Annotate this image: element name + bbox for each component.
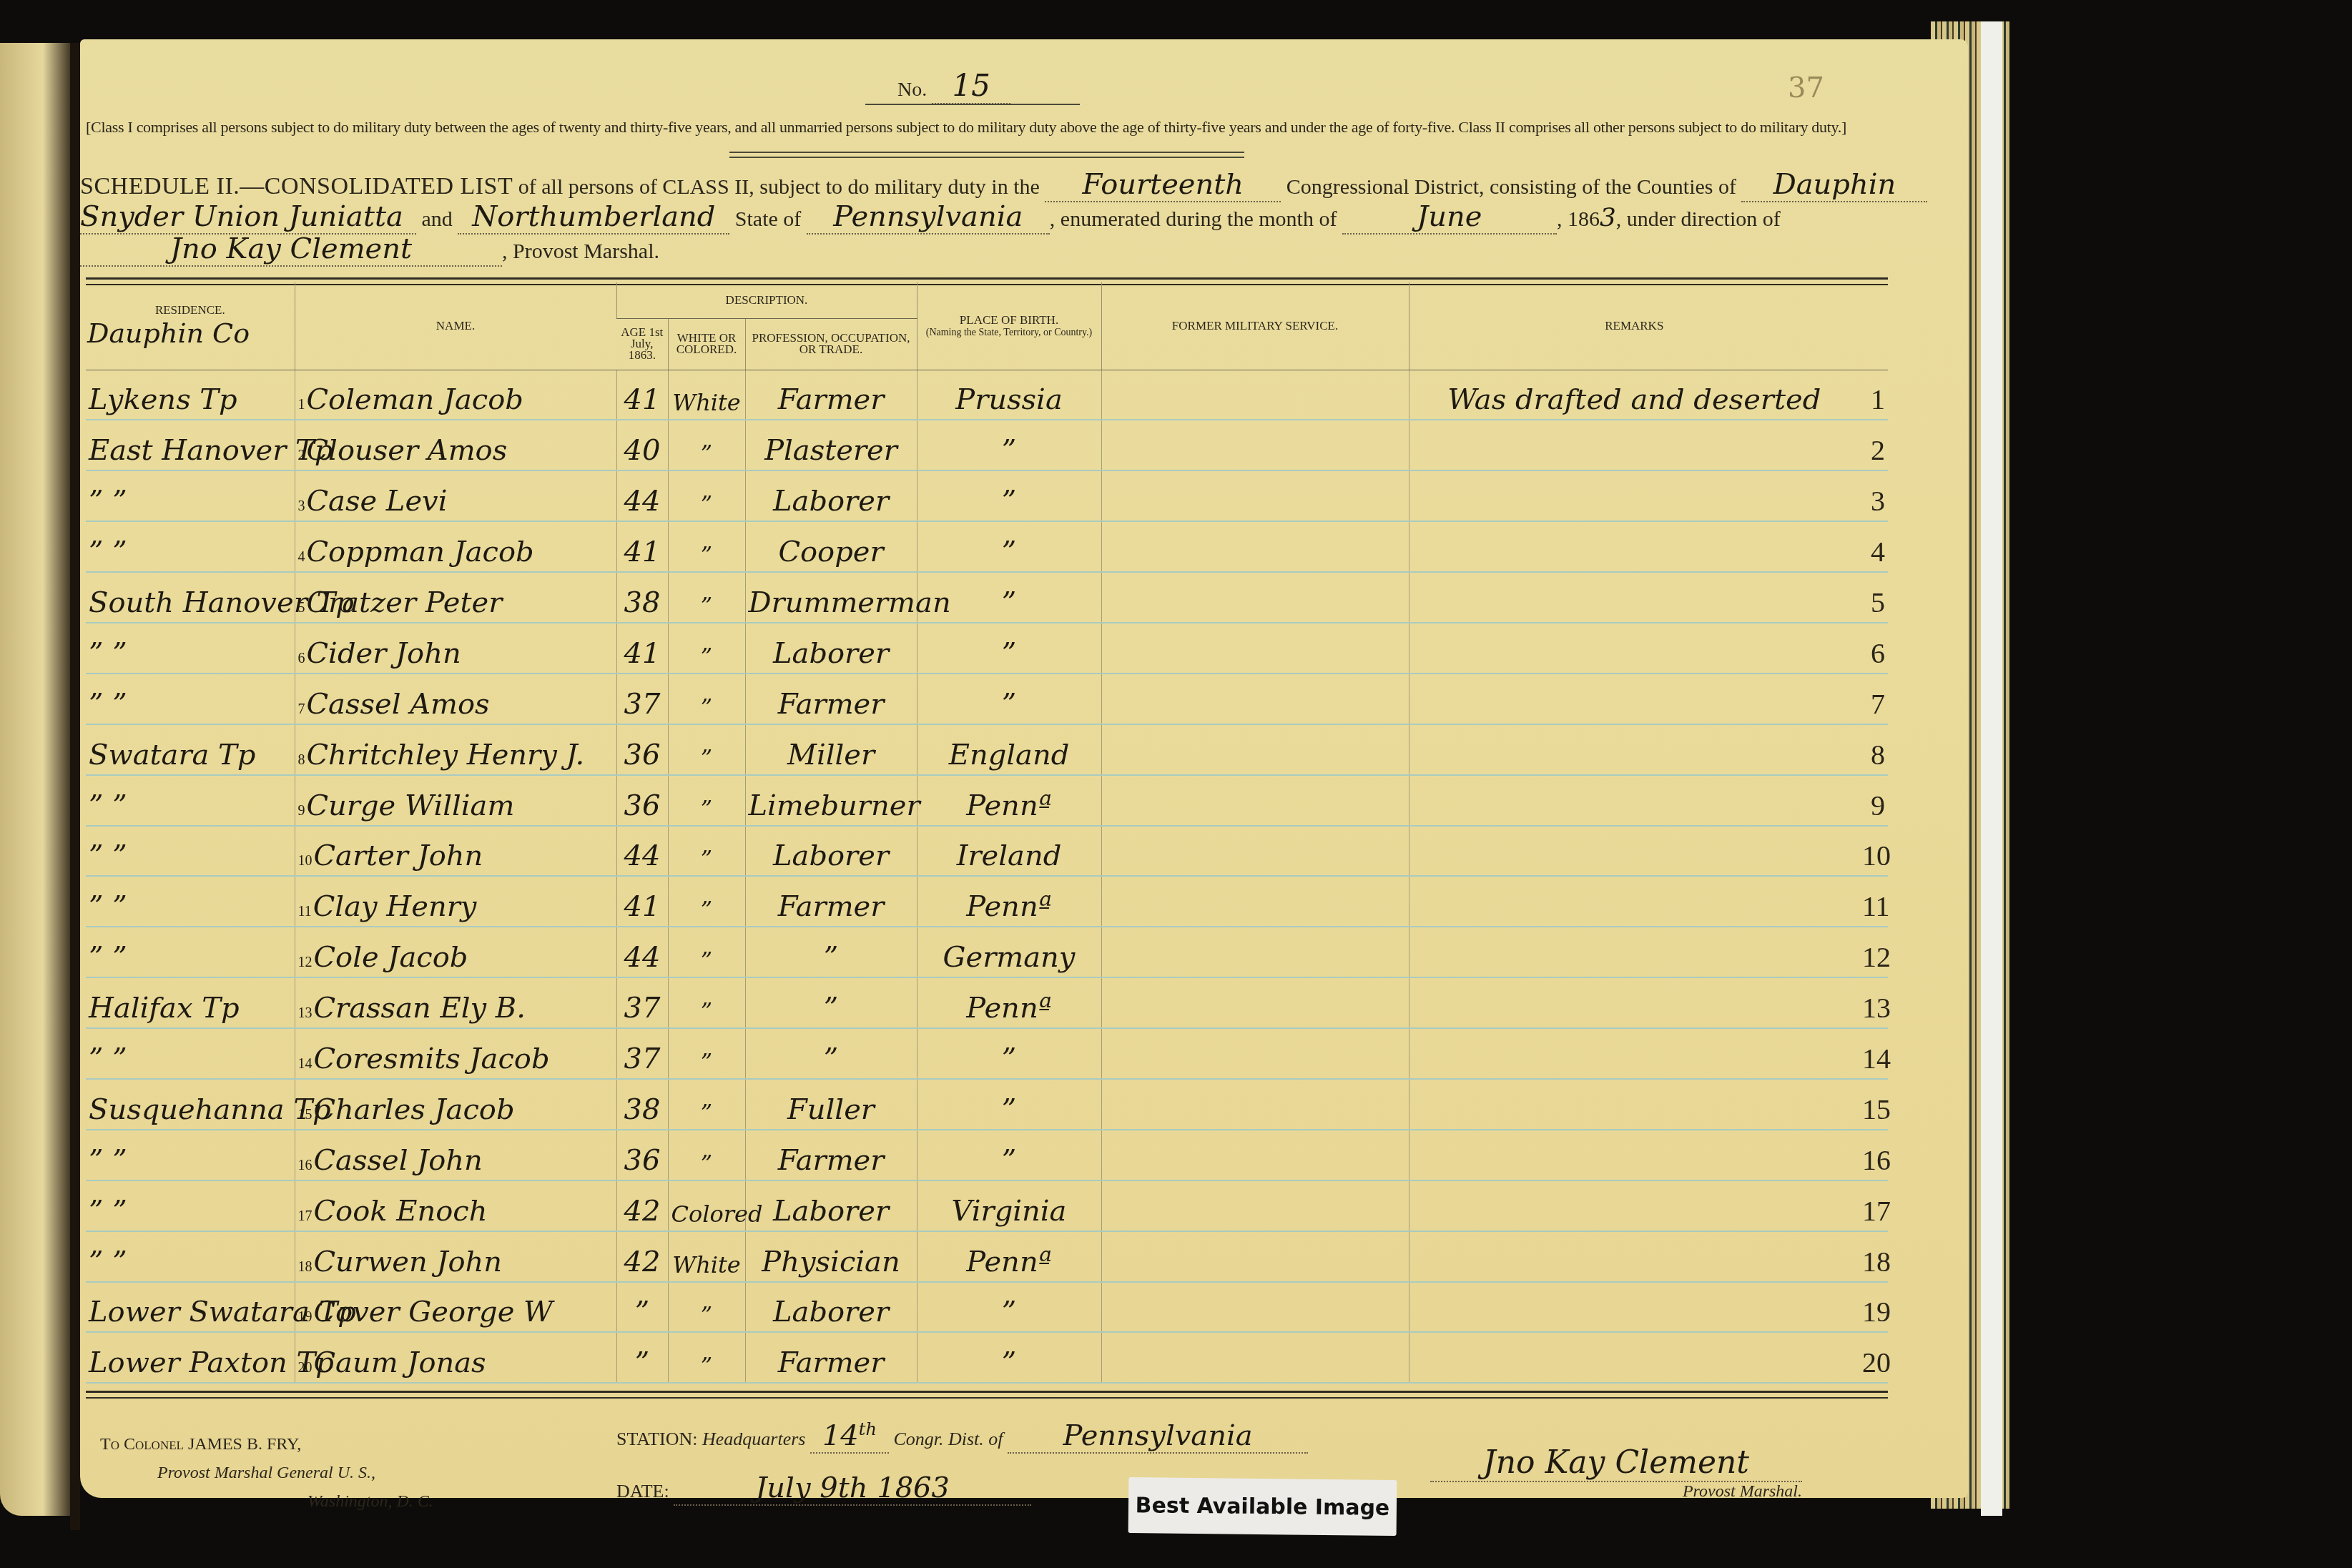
cell-residence: ” ” [86,1028,295,1079]
person-name: Charles Jacob [314,1093,515,1126]
cell-residence: ” ” [86,826,295,877]
cell-age: ” [616,1332,668,1383]
col-age: AGE 1st July, 1863. [616,318,668,370]
cell-residence: ” ” [86,1130,295,1180]
cell-trade: Laborer [745,1282,917,1333]
cell-name: 4Coppman Jacob [295,521,616,572]
person-name: Curwen John [314,1246,503,1278]
cell-military [1101,370,1409,420]
addressee-block: To Colonel JAMES B. FRY, Provost Marshal… [100,1430,433,1516]
cell-line-number: 15 [1859,1079,1888,1130]
addressee-place: Washington, D. C. [100,1487,433,1516]
cell-age: 38 [616,572,668,623]
cell-residence: Susquehanna Tp [86,1079,295,1130]
ledger-table: RESIDENCE. Dauphin Co NAME. DESCRIPTION.… [86,282,1888,1384]
cell-color: ” [668,1332,745,1383]
residence-county: Dauphin Co [87,317,293,349]
cell-age: 42 [616,1231,668,1282]
row-index: 12 [298,955,313,970]
cell-name: 5Cratzer Peter [295,572,616,623]
state-label: State of [735,207,801,231]
cell-name: 14Coresmits Jacob [295,1028,616,1079]
cell-line-number: 9 [1859,775,1888,826]
table-row: Lower Paxton Tp 20Caum Jonas ” ” Farmer … [86,1332,1888,1383]
cell-age: 40 [616,420,668,470]
cell-trade: Drummerman [745,572,917,623]
station-number: 14th [810,1419,889,1454]
cell-color: ” [668,572,745,623]
cell-line-number: 11 [1859,876,1888,927]
cell-birthplace: ” [917,1130,1101,1180]
cell-birthplace: ” [917,1282,1101,1333]
cell-trade: Cooper [745,521,917,572]
person-name: Coppman Jacob [307,536,534,568]
cell-remarks [1409,977,1859,1028]
counties-continued: Snyder Union Juniatta [80,200,416,235]
cell-color: White [668,1231,745,1282]
cell-remarks [1409,521,1859,572]
county-last: Northumberland [458,200,729,235]
cell-name: 6Cider John [295,623,616,674]
cell-remarks [1409,1079,1859,1130]
col-white-colored: WHITE OR COLORED. [668,318,745,370]
cell-military [1101,1332,1409,1383]
cell-military [1101,470,1409,521]
cell-birthplace: ” [917,420,1101,470]
cell-remarks: Was drafted and deserted [1409,370,1859,420]
row-index: 15 [298,1107,313,1123]
cell-residence: ” ” [86,775,295,826]
cell-birthplace: Pennª [917,775,1101,826]
person-name: Clouser Amos [307,434,508,467]
cell-name: 12Cole Jacob [295,927,616,977]
cell-residence: ” ” [86,1180,295,1231]
cell-age: 42 [616,1180,668,1231]
year-digit: 3 [1600,203,1616,232]
row-index: 9 [298,803,305,819]
cell-line-number: 1 [1859,370,1888,420]
row-index: 14 [298,1056,313,1072]
cell-color: ” [668,775,745,826]
table-row: ” ” 16Cassel John 36 ” Farmer ” 16 [86,1130,1888,1180]
cell-color: ” [668,876,745,927]
cell-age: 37 [616,977,668,1028]
station-number-value: 14 [822,1419,859,1452]
cell-military [1101,1130,1409,1180]
cell-name: 2Clouser Amos [295,420,616,470]
cell-age: 44 [616,927,668,977]
addressee-title: Provost Marshal General U. S., [100,1459,433,1487]
cell-trade: Farmer [745,1130,917,1180]
cell-name: 9Curge William [295,775,616,826]
cell-remarks [1409,876,1859,927]
person-name: Curge William [307,789,515,822]
col-description: DESCRIPTION. [616,282,917,318]
station-state: Pennsylvania [1008,1419,1308,1454]
direction-label: , under direction of [1616,207,1781,231]
person-name: Cassel Amos [307,688,490,721]
cell-birthplace: ” [917,1079,1101,1130]
person-name: Cover George W [314,1296,553,1328]
row-index: 16 [298,1158,313,1173]
cell-remarks [1409,826,1859,877]
cell-remarks [1409,1282,1859,1333]
cell-color: ” [668,1282,745,1333]
cell-age: 37 [616,1028,668,1079]
cell-age: 41 [616,876,668,927]
cell-trade: Farmer [745,370,917,420]
cell-military [1101,1180,1409,1231]
marshal-title: , Provost Marshal. [502,240,659,263]
cell-age: 36 [616,1130,668,1180]
col-birthplace-label: PLACE OF BIRTH. [919,313,1100,327]
cell-residence: Lykens Tp [86,370,295,420]
cell-residence: ” ” [86,470,295,521]
table-row: ” ” 7Cassel Amos 37 ” Farmer ” 7 [86,674,1888,724]
cell-name: 1Coleman Jacob [295,370,616,420]
col-birthplace-sub: (Naming the State, Territory, or Country… [919,327,1100,339]
cell-residence: ” ” [86,521,295,572]
cell-trade: Farmer [745,876,917,927]
signature-block: Jno Kay Clement Provost Marshal. [1430,1444,1802,1502]
table-row: Lykens Tp 1Coleman Jacob 41 White Farmer… [86,370,1888,420]
person-name: Crassan Ely B. [314,992,526,1025]
col-profession: PROFESSION, OCCUPATION, OR TRADE. [745,318,917,370]
cell-residence: South Hanover Tp [86,572,295,623]
district-ordinal: Fourteenth [1045,168,1281,202]
cell-remarks [1409,623,1859,674]
best-available-image-stamp: Best Available Image [1128,1477,1397,1536]
cell-name: 10Carter John [295,826,616,877]
station-number-suffix: th [859,1419,877,1439]
cell-trade: Limeburner [745,775,917,826]
cell-birthplace: ” [917,1332,1101,1383]
col-residence: RESIDENCE. Dauphin Co [86,282,295,370]
row-index: 20 [298,1360,313,1376]
cell-line-number: 14 [1859,1028,1888,1079]
cell-residence: Lower Paxton Tp [86,1332,295,1383]
date-label: DATE: [616,1481,669,1502]
cell-residence: Lower Swatara Tp [86,1282,295,1333]
cell-military [1101,826,1409,877]
cell-military [1101,977,1409,1028]
cell-age: 44 [616,826,668,877]
cell-name: 15Charles Jacob [295,1079,616,1130]
cell-name: 19Cover George W [295,1282,616,1333]
page-edge-highlight [1981,21,2002,1516]
cell-age: 41 [616,521,668,572]
cell-birthplace: Germany [917,927,1101,977]
cell-line-number: 4 [1859,521,1888,572]
cell-birthplace: Pennª [917,876,1101,927]
counties-line: Snyder Union Juniatta and Northumberland… [80,200,1781,235]
cell-trade: Laborer [745,623,917,674]
cell-military [1101,876,1409,927]
cell-birthplace: ” [917,470,1101,521]
month-value: June [1342,200,1557,235]
row-index: 10 [298,853,313,869]
cell-age: 38 [616,1079,668,1130]
footer-double-rule [86,1391,1888,1399]
cell-residence: East Hanover Tp [86,420,295,470]
cell-remarks [1409,674,1859,724]
table-row: Lower Swatara Tp 19Cover George W ” ” La… [86,1282,1888,1333]
cell-military [1101,521,1409,572]
number-value: 15 [932,68,1010,104]
col-line-number [1859,282,1888,370]
row-index: 4 [298,549,305,565]
cell-remarks [1409,1231,1859,1282]
station-district-label: Congr. Dist. of [893,1429,1003,1449]
table-row: ” ” 3Case Levi 44 ” Laborer ” 3 [86,470,1888,521]
table-row: ” ” 9Curge William 36 ” Limeburner Pennª… [86,775,1888,826]
cell-name: 17Cook Enoch [295,1180,616,1231]
table-row: ” ” 4Coppman Jacob 41 ” Cooper ” 4 [86,521,1888,572]
table-row: ” ” 12Cole Jacob 44 ” ” Germany 12 [86,927,1888,977]
table-row: Halifax Tp 13Crassan Ely B. 37 ” ” Pennª… [86,977,1888,1028]
cell-name: 20Caum Jonas [295,1332,616,1383]
cell-military [1101,724,1409,775]
cell-color: Colored [668,1180,745,1231]
col-remarks: REMARKS [1409,282,1859,370]
class-definition-note: [Class I comprises all persons subject t… [86,118,1846,137]
cell-name: 13Crassan Ely B. [295,977,616,1028]
person-name: Cratzer Peter [307,586,503,619]
cell-trade: Fuller [745,1079,917,1130]
county-first: Dauphin [1741,168,1927,202]
person-name: Coleman Jacob [307,383,523,416]
cell-trade: Laborer [745,1180,917,1231]
col-birthplace: PLACE OF BIRTH. (Naming the State, Terri… [917,282,1101,370]
cell-remarks [1409,1028,1859,1079]
schedule-number: No. 15 [897,68,1010,104]
ledger-body: Lykens Tp 1Coleman Jacob 41 White Farmer… [86,370,1888,1383]
cell-color: ” [668,674,745,724]
table-row: ” ” 6Cider John 41 ” Laborer ” 6 [86,623,1888,674]
cell-age: 44 [616,470,668,521]
cell-military [1101,572,1409,623]
person-name: Case Levi [307,485,448,518]
cell-birthplace: ” [917,674,1101,724]
cell-residence: ” ” [86,1231,295,1282]
cell-birthplace: ” [917,623,1101,674]
cell-line-number: 19 [1859,1282,1888,1333]
cell-line-number: 12 [1859,927,1888,977]
and-label: and [422,207,453,231]
cell-remarks [1409,927,1859,977]
state-value: Pennsylvania [807,200,1050,235]
cell-color: ” [668,977,745,1028]
person-name: Clay Henry [313,890,477,923]
person-name: Cole Jacob [314,941,468,974]
cell-age: ” [616,1282,668,1333]
cell-line-number: 8 [1859,724,1888,775]
cell-line-number: 18 [1859,1231,1888,1282]
cell-name: 3Case Levi [295,470,616,521]
person-name: Cider John [307,637,461,670]
cell-age: 41 [616,623,668,674]
cell-remarks [1409,420,1859,470]
cell-line-number: 13 [1859,977,1888,1028]
row-index: 7 [298,701,305,717]
marshal-line: Jno Kay Clement, Provost Marshal. [80,232,659,267]
left-page-edge [0,43,72,1516]
cell-military [1101,775,1409,826]
cell-trade: Laborer [745,826,917,877]
station-hq: Headquarters [702,1429,805,1449]
cell-birthplace: Pennª [917,1231,1101,1282]
cell-military [1101,927,1409,977]
cell-name: 16Cassel John [295,1130,616,1180]
cell-remarks [1409,775,1859,826]
cell-birthplace: Prussia [917,370,1101,420]
cell-line-number: 10 [1859,826,1888,877]
person-name: Carter John [314,839,483,872]
row-index: 19 [298,1309,313,1325]
cell-residence: ” ” [86,674,295,724]
cell-military [1101,1231,1409,1282]
page-folio: 37 [1788,72,1824,104]
cell-birthplace: ” [917,1028,1101,1079]
cell-name: 11Clay Henry [295,876,616,927]
cell-trade: Farmer [745,674,917,724]
cell-military [1101,674,1409,724]
col-residence-label: RESIDENCE. [87,303,293,317]
row-index: 18 [298,1259,313,1275]
row-index: 11 [298,904,312,919]
cell-trade: ” [745,1028,917,1079]
cell-military [1101,1282,1409,1333]
cell-name: 7Cassel Amos [295,674,616,724]
col-name: NAME. [295,282,616,370]
cell-remarks [1409,724,1859,775]
table-row: ” ” 18Curwen John 42 White Physician Pen… [86,1231,1888,1282]
cell-color: ” [668,420,745,470]
station-line: STATION: Headquarters 14th Congr. Dist. … [616,1419,1308,1454]
cell-color: ” [668,724,745,775]
row-index: 8 [298,752,305,768]
cell-birthplace: England [917,724,1101,775]
table-row: South Hanover Tp 5Cratzer Peter 38 ” Dru… [86,572,1888,623]
cell-military [1101,420,1409,470]
cell-remarks [1409,1332,1859,1383]
cell-trade: ” [745,977,917,1028]
cell-birthplace: Ireland [917,826,1101,877]
number-label: No. [897,79,927,101]
enumerated-label: , enumerated during the month of [1050,207,1337,231]
district-label: Congressional District, consisting of th… [1286,175,1736,199]
row-index: 5 [298,600,305,616]
cell-birthplace: Virginia [917,1180,1101,1231]
cell-trade: Laborer [745,470,917,521]
row-index: 1 [298,397,305,413]
row-index: 2 [298,448,305,463]
marshal-name: Jno Kay Clement [80,232,502,267]
cell-color: ” [668,1130,745,1180]
table-row: ” ” 17Cook Enoch 42 Colored Laborer Virg… [86,1180,1888,1231]
cell-color: ” [668,623,745,674]
addressee-name: To Colonel JAMES B. FRY, [100,1430,433,1459]
title-text: of all persons of CLASS II, subject to d… [518,175,1040,199]
row-index: 6 [298,651,305,666]
cell-color: ” [668,826,745,877]
cell-military [1101,1028,1409,1079]
cell-line-number: 7 [1859,674,1888,724]
cell-military [1101,623,1409,674]
cell-color: ” [668,470,745,521]
cell-residence: Swatara Tp [86,724,295,775]
table-row: East Hanover Tp 2Clouser Amos 40 ” Plast… [86,420,1888,470]
schedule-title-line: SCHEDULE II.—CONSOLIDATED LIST of all pe… [80,168,1927,202]
book-gutter [70,43,80,1530]
cell-age: 41 [616,370,668,420]
cell-name: 8Chritchley Henry J. [295,724,616,775]
cell-color: ” [668,1028,745,1079]
cell-trade: Farmer [745,1332,917,1383]
cell-military [1101,1079,1409,1130]
title-separator [729,152,1244,158]
cell-color: ” [668,521,745,572]
cell-color: ” [668,927,745,977]
table-row: ” ” 10Carter John 44 ” Laborer Ireland 1… [86,826,1888,877]
cell-color: White [668,370,745,420]
date-value: July 9th 1863 [674,1471,1031,1506]
number-underline [865,104,1080,105]
cell-trade: Physician [745,1231,917,1282]
schedule-title: SCHEDULE II.—CONSOLIDATED LIST [80,173,513,199]
person-name: Caum Jonas [314,1346,486,1379]
row-index: 17 [298,1208,313,1224]
cell-residence: Halifax Tp [86,977,295,1028]
cell-birthplace: Pennª [917,977,1101,1028]
table-row: Susquehanna Tp 15Charles Jacob 38 ” Full… [86,1079,1888,1130]
cell-age: 37 [616,674,668,724]
cell-remarks [1409,1130,1859,1180]
stamp-label: Best Available Image [1135,1493,1389,1521]
station-label: STATION: [616,1429,697,1449]
cell-line-number: 6 [1859,623,1888,674]
person-name: Coresmits Jacob [314,1042,550,1075]
cell-remarks [1409,572,1859,623]
date-line: DATE: July 9th 1863 [616,1471,1031,1506]
table-row: ” ” 14Coresmits Jacob 37 ” ” ” 14 [86,1028,1888,1079]
person-name: Chritchley Henry J. [307,739,585,771]
cell-line-number: 16 [1859,1130,1888,1180]
cell-name: 18Curwen John [295,1231,616,1282]
cell-residence: ” ” [86,876,295,927]
row-index: 13 [298,1005,313,1021]
cell-trade: Miller [745,724,917,775]
cell-residence: ” ” [86,927,295,977]
col-military-service: FORMER MILITARY SERVICE. [1101,282,1409,370]
cell-trade: ” [745,927,917,977]
table-row: ” ” 11Clay Henry 41 ” Farmer Pennª 11 [86,876,1888,927]
cell-line-number: 17 [1859,1180,1888,1231]
cell-line-number: 2 [1859,420,1888,470]
row-index: 3 [298,498,305,514]
person-name: Cassel John [314,1144,483,1177]
signature-title: Provost Marshal. [1430,1482,1802,1502]
cell-remarks [1409,470,1859,521]
cell-remarks [1409,1180,1859,1231]
table-row: Swatara Tp 8Chritchley Henry J. 36 ” Mil… [86,724,1888,775]
marshal-signature: Jno Kay Clement [1430,1444,1802,1482]
cell-color: ” [668,1079,745,1130]
cell-line-number: 20 [1859,1332,1888,1383]
cell-line-number: 5 [1859,572,1888,623]
person-name: Cook Enoch [314,1195,488,1228]
cell-birthplace: ” [917,521,1101,572]
